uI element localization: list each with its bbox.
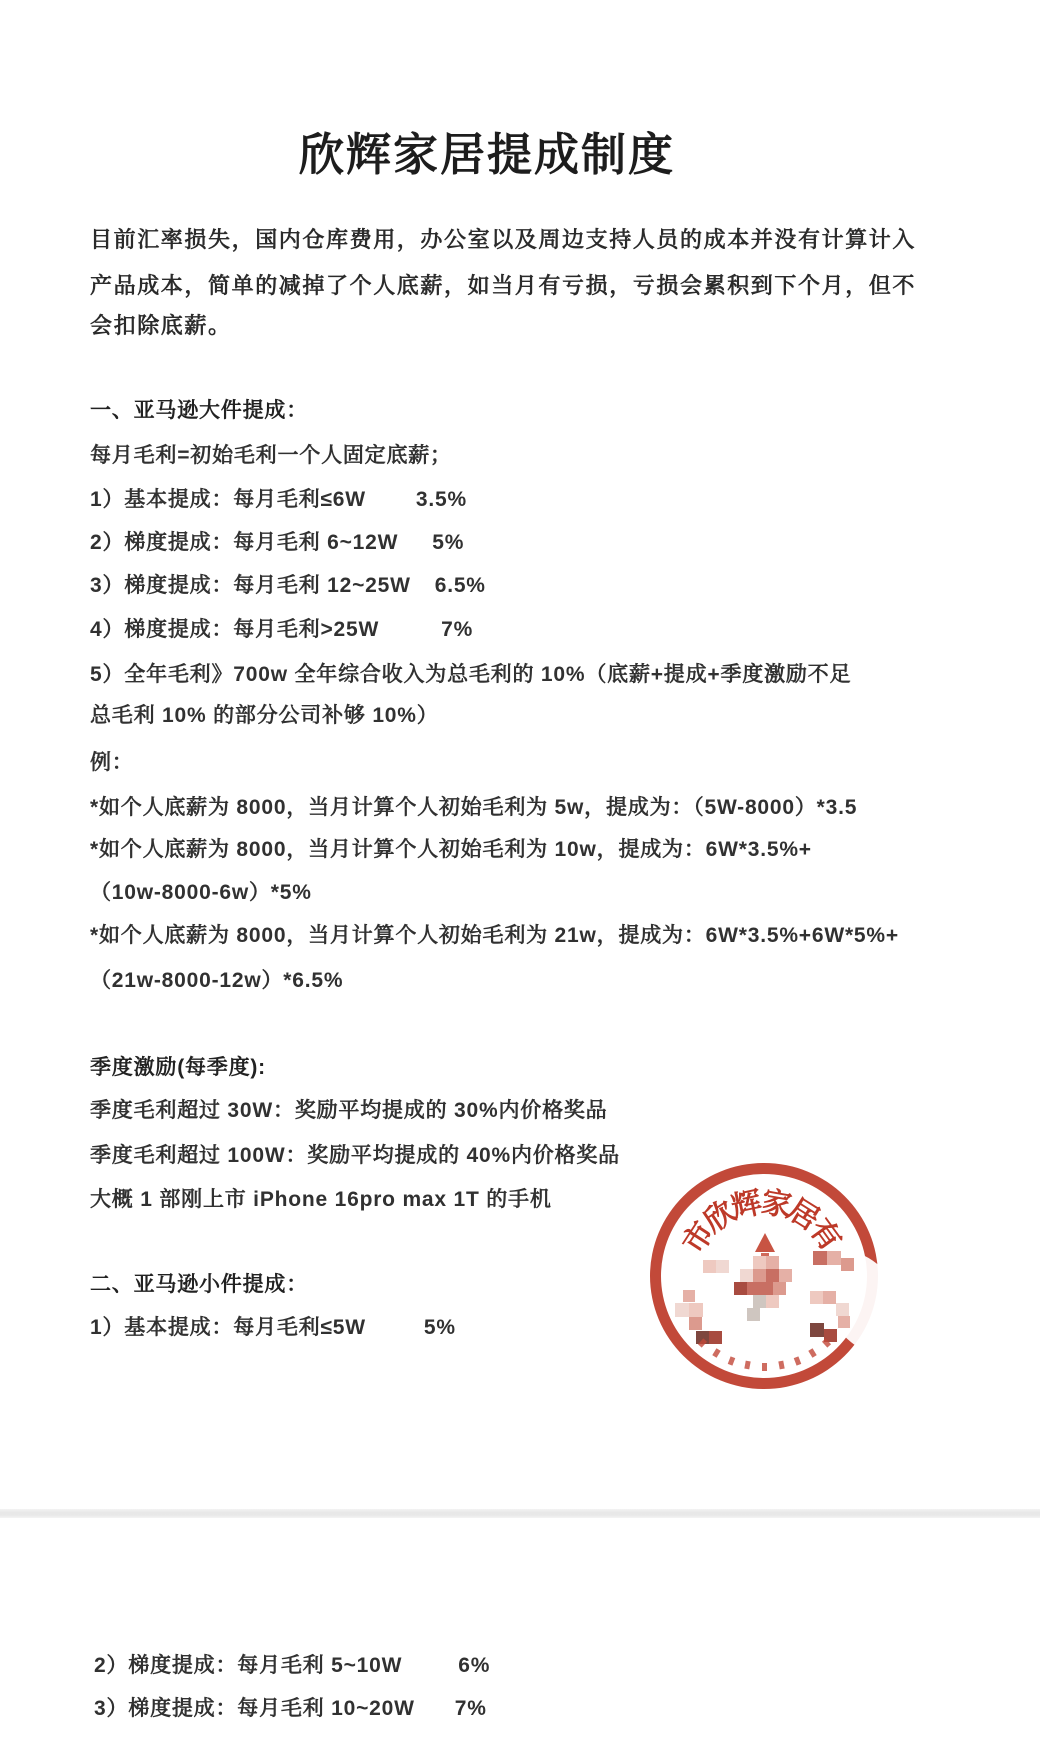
pixelation-block — [703, 1260, 716, 1273]
annual-bonus-line: 5）全年毛利》700w 全年综合收入为总毛利的 10%（底薪+提成+季度激励不足 — [90, 658, 851, 688]
example-line: （10w-8000-6w）*5% — [90, 876, 312, 906]
pixelation-block — [827, 1251, 841, 1265]
tier-label: 3）梯度提成：每月毛利 10~20W — [94, 1697, 415, 1720]
quarterly-line: 季度毛利超过 30W：奖励平均提成的 30%内价格奖品 — [90, 1094, 607, 1124]
tier-label: 3）梯度提成：每月毛利 12~25W — [90, 574, 411, 597]
tier-row: 1）基本提成：每月毛利≤5W5% — [90, 1311, 456, 1341]
pixelation-block — [766, 1256, 779, 1269]
tier-rate: 6% — [458, 1654, 490, 1678]
example-line: （21w-8000-12w）*6.5% — [90, 964, 343, 994]
intro-line: 会扣除底薪。 — [90, 309, 232, 340]
pixelation-block — [753, 1269, 766, 1282]
page-break-band — [0, 1509, 1040, 1518]
pixelation-block — [734, 1282, 747, 1295]
example-label: 例： — [90, 746, 134, 776]
pixelation-block — [813, 1251, 827, 1265]
pixelation-block — [779, 1269, 792, 1282]
pixelation-block — [689, 1303, 703, 1317]
document-page: 欣辉家居提成制度 目前汇率损失，国内仓库费用，办公室以及周边支持人员的成本并没有… — [0, 0, 1040, 1753]
pixelation-block — [841, 1258, 854, 1271]
quarterly-line: 季度毛利超过 100W：奖励平均提成的 40%内价格奖品 — [90, 1139, 620, 1169]
seal-bottom-mark — [778, 1361, 784, 1370]
pixelation-block — [747, 1282, 760, 1295]
tier-rate: 3.5% — [416, 488, 467, 512]
pixelation-block — [773, 1282, 786, 1295]
pixelation-block — [836, 1303, 849, 1316]
tier-label: 1）基本提成：每月毛利≤5W — [90, 1316, 366, 1339]
pixelation-block — [709, 1331, 722, 1344]
pixelation-block — [810, 1323, 824, 1337]
seal-bottom-mark — [762, 1363, 767, 1371]
pixelation-block — [675, 1303, 689, 1317]
section1-formula: 每月毛利=初始毛利一个人固定底薪； — [90, 439, 452, 469]
pixelation-block — [766, 1295, 779, 1308]
pixelation-block — [740, 1269, 753, 1282]
intro-line: 产品成本，简单的减掉了个人底薪，如当月有亏损，亏损会累积到下个月，但不 — [90, 269, 916, 300]
section1-heading: 一、亚马逊大件提成： — [90, 394, 308, 424]
example-line: *如个人底薪为 8000，当月计算个人初始毛利为 21w，提成为：6W*3.5%… — [90, 919, 899, 949]
example-line: *如个人底薪为 8000，当月计算个人初始毛利为 5w，提成为：（5W-8000… — [90, 791, 857, 821]
pixelation-block — [689, 1317, 702, 1330]
annual-bonus-line: 总毛利 10% 的部分公司补够 10%） — [90, 699, 439, 729]
tier-rate: 5% — [424, 1316, 456, 1340]
quarterly-heading: 季度激励(每季度): — [90, 1051, 266, 1081]
pixelation-block — [823, 1291, 836, 1304]
tier-row: 4）梯度提成：每月毛利>25W7% — [90, 613, 473, 643]
tier-label: 2）梯度提成：每月毛利 6~12W — [90, 531, 398, 554]
pixelation-block — [747, 1308, 760, 1321]
tier-row: 2）梯度提成：每月毛利 5~10W6% — [94, 1649, 490, 1679]
quarterly-line: 大概 1 部刚上市 iPhone 16pro max 1T 的手机 — [90, 1183, 552, 1213]
tier-row: 3）梯度提成：每月毛利 12~25W6.5% — [90, 569, 486, 599]
pixelation-block — [716, 1260, 729, 1273]
seal-star-tip — [755, 1233, 775, 1252]
pixelation-block — [766, 1269, 779, 1282]
intro-line: 目前汇率损失，国内仓库费用，办公室以及周边支持人员的成本并没有计算计入 — [90, 223, 916, 254]
tier-rate: 7% — [441, 618, 473, 642]
company-seal: 市欣辉家居有 — [650, 1163, 878, 1389]
section2-heading: 二、亚马逊小件提成： — [90, 1268, 308, 1298]
tier-rate: 7% — [455, 1697, 487, 1721]
pixelation-block — [810, 1291, 823, 1304]
example-line: *如个人底薪为 8000，当月计算个人初始毛利为 10w，提成为：6W*3.5%… — [90, 833, 812, 863]
pixelation-block — [760, 1282, 773, 1295]
tier-rate: 6.5% — [435, 574, 486, 598]
document-title: 欣辉家居提成制度 — [0, 118, 974, 183]
pixelation-block — [753, 1295, 766, 1308]
tier-label: 2）梯度提成：每月毛利 5~10W — [94, 1654, 402, 1677]
tier-row: 2）梯度提成：每月毛利 6~12W5% — [90, 526, 464, 556]
tier-label: 4）梯度提成：每月毛利>25W — [90, 618, 379, 641]
tier-rate: 5% — [432, 531, 464, 555]
tier-row: 1）基本提成：每月毛利≤6W3.5% — [90, 483, 467, 513]
pixelation-block — [683, 1290, 695, 1302]
pixelation-block — [838, 1316, 850, 1328]
tier-row: 3）梯度提成：每月毛利 10~20W7% — [94, 1692, 487, 1722]
tier-label: 1）基本提成：每月毛利≤6W — [90, 488, 366, 511]
pixelation-block — [753, 1256, 766, 1269]
